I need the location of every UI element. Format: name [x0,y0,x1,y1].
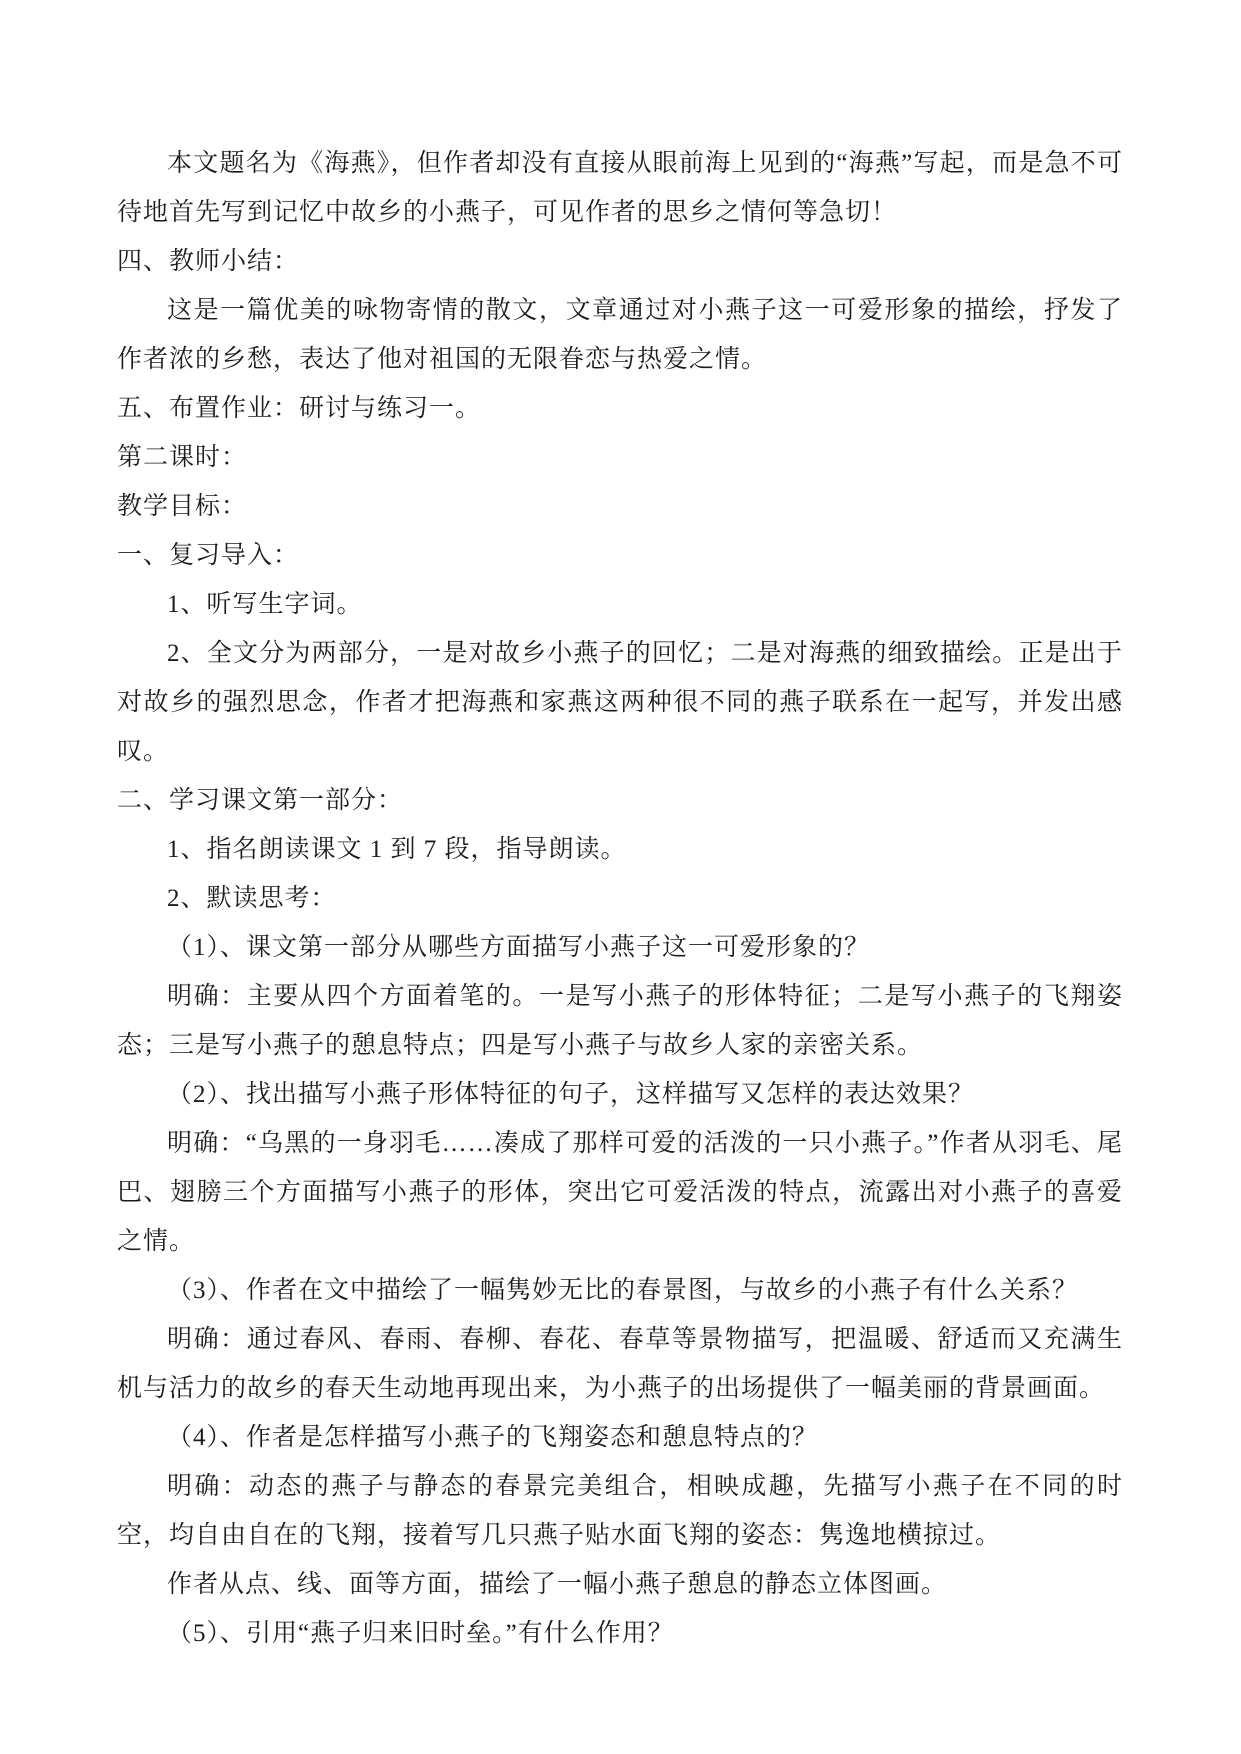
document-page: 本文题名为《海燕》，但作者却没有直接从眼前海上见到的“海燕”写起，而是急不可待地… [0,0,1241,1754]
paragraph: 二、学习课文第一部分： [117,776,1123,825]
paragraph: 一、复习导入： [117,531,1123,580]
paragraph: （1）、课文第一部分从哪些方面描写小燕子这一可爱形象的？ [117,923,1123,972]
paragraph: （3）、作者在文中描绘了一幅隽妙无比的春景图，与故乡的小燕子有什么关系？ [117,1266,1123,1315]
paragraph: （2）、找出描写小燕子形体特征的句子，这样描写又怎样的表达效果？ [117,1070,1123,1119]
document-body: 本文题名为《海燕》，但作者却没有直接从眼前海上见到的“海燕”写起，而是急不可待地… [117,139,1123,1658]
paragraph: 教学目标： [117,482,1123,531]
paragraph: 四、教师小结： [117,237,1123,286]
paragraph: 明确：动态的燕子与静态的春景完美组合，相映成趣，先描写小燕子在不同的时空，均自由… [117,1462,1123,1560]
paragraph: 明确：主要从四个方面着笔的。一是写小燕子的形体特征；二是写小燕子的飞翔姿态；三是… [117,972,1123,1070]
paragraph: 2、默读思考： [117,874,1123,923]
paragraph: 1、指名朗读课文 1 到 7 段，指导朗读。 [117,825,1123,874]
paragraph: 2、全文分为两部分，一是对故乡小燕子的回忆；二是对海燕的细致描绘。正是出于对故乡… [117,629,1123,776]
paragraph: 作者从点、线、面等方面，描绘了一幅小燕子憩息的静态立体图画。 [117,1560,1123,1609]
paragraph: 1、听写生字词。 [117,580,1123,629]
paragraph: 第二课时： [117,433,1123,482]
paragraph: 这是一篇优美的咏物寄情的散文，文章通过对小燕子这一可爱形象的描绘，抒发了作者浓的… [117,286,1123,384]
paragraph: 明确：“乌黑的一身羽毛……凑成了那样可爱的活泼的一只小燕子。”作者从羽毛、尾巴、… [117,1119,1123,1266]
paragraph: 明确：通过春风、春雨、春柳、春花、春草等景物描写，把温暖、舒适而又充满生机与活力… [117,1315,1123,1413]
paragraph: （4）、作者是怎样描写小燕子的飞翔姿态和憩息特点的？ [117,1413,1123,1462]
paragraph: 本文题名为《海燕》，但作者却没有直接从眼前海上见到的“海燕”写起，而是急不可待地… [117,139,1123,237]
paragraph: （5）、引用“燕子归来旧时垒。”有什么作用？ [117,1609,1123,1658]
paragraph: 五、布置作业：研讨与练习一。 [117,384,1123,433]
